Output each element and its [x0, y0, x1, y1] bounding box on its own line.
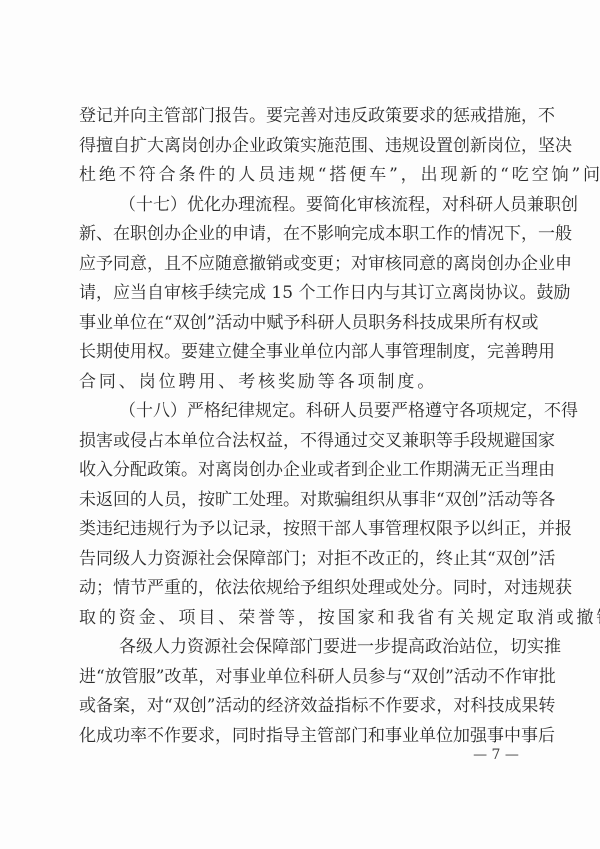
body-text: 登记并向主管部门报告。要完善对违反政策要求的惩戒措施，不 得擅自扩大离岗创办企业… [79, 102, 521, 751]
paragraph-closing: 各级人力资源社会保障部门要进一步提高政治站位，切实推 进“放管服”改革，对事业单… [79, 633, 521, 751]
paragraph-section-17: （十七）优化办理流程。要简化审核流程，对科研人员兼职创 新、在职创办企业的申请，… [79, 191, 521, 398]
section-heading-line: （十八）严格纪律规定。科研人员要严格遵守各项规定，不得 [79, 397, 521, 427]
text-line: 应予同意，且不应随意撤销或变更；对审核同意的离岗创办企业申 [79, 250, 521, 280]
text-line: 未返回的人员，按旷工处理。对欺骗组织从事非“双创”活动等各 [79, 486, 521, 516]
text-line: 事业单位在“双创”活动中赋予科研人员职务科技成果所有权或 [79, 309, 521, 339]
text-line: 取的资金、项目、荣誉等，按国家和我省有关规定取消或撤销。 [79, 604, 521, 634]
text-line: 化成功率不作要求，同时指导主管部门和事业单位加强事中事后 [79, 722, 521, 752]
text-line: 告同级人力资源社会保障部门；对拒不改正的，终止其“双创”活 [79, 545, 521, 575]
text-line: 长期使用权。要建立健全事业单位内部人事管理制度，完善聘用 [79, 338, 521, 368]
text-line: 杜绝不符合条件的人员违规“搭便车”，出现新的“吃空饷”问题。 [79, 161, 521, 191]
paragraph-continuation: 登记并向主管部门报告。要完善对违反政策要求的惩戒措施，不 得擅自扩大离岗创办企业… [79, 102, 521, 191]
paragraph-section-18: （十八）严格纪律规定。科研人员要严格遵守各项规定，不得 损害或侵占本单位合法权益… [79, 397, 521, 633]
text-line: 得擅自扩大离岗创办企业政策实施范围、违规设置创新岗位，坚决 [79, 132, 521, 162]
text-line: 登记并向主管部门报告。要完善对违反政策要求的惩戒措施，不 [79, 102, 521, 132]
page-number: — 7 — [470, 745, 522, 765]
section-heading-line: （十七）优化办理流程。要简化审核流程，对科研人员兼职创 [79, 191, 521, 221]
text-line: 损害或侵占本单位合法权益，不得通过交叉兼职等手段规避国家 [79, 427, 521, 457]
text-line: 请，应当自审核手续完成 15 个工作日内与其订立离岗协议。鼓励 [79, 279, 521, 309]
text-line: 新、在职创办企业的申请，在不影响完成本职工作的情况下，一般 [79, 220, 521, 250]
text-line: 各级人力资源社会保障部门要进一步提高政治站位，切实推 [79, 633, 521, 663]
document-page: 登记并向主管部门报告。要完善对违反政策要求的惩戒措施，不 得擅自扩大离岗创办企业… [0, 0, 600, 849]
text-line: 类违纪违规行为予以记录，按照干部人事管理权限予以纠正，并报 [79, 515, 521, 545]
text-line: 收入分配政策。对离岗创办企业或者到企业工作期满无正当理由 [79, 456, 521, 486]
text-line: 合同、岗位聘用、考核奖励等各项制度。 [79, 368, 521, 398]
text-line: 动；情节严重的，依法依规给予组织处理或处分。同时，对违规获 [79, 574, 521, 604]
text-line: 进“放管服”改革，对事业单位科研人员参与“双创”活动不作审批 [79, 663, 521, 693]
text-line: 或备案，对“双创”活动的经济效益指标不作要求，对科技成果转 [79, 692, 521, 722]
